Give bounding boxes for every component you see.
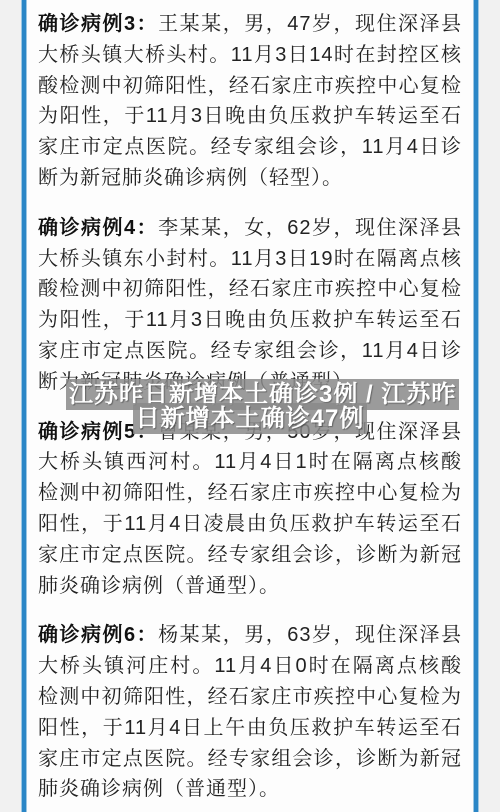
case-paragraph-3: 确诊病例3：王某某，男，47岁，现住深泽县大桥头镇大桥头村。11月3日14时在封…	[38, 9, 462, 194]
case-6-body: 杨某某，男，63岁，现住深泽县大桥头镇河庄村。11月4日0时在隔离点核酸检测中初…	[38, 624, 462, 800]
case-5-body: 曹某某，男，50岁，现住深泽县大桥头镇西河村。11月4日1时在隔离点核酸检测中初…	[38, 421, 462, 597]
case-4-body: 李某某，女，62岁，现住深泽县大桥头镇东小封村。11月3日19时在隔离点核酸检测…	[38, 217, 462, 393]
case-paragraph-5: 确诊病例5：曹某某，男，50岁，现住深泽县大桥头镇西河村。11月4日1时在隔离点…	[38, 417, 462, 602]
right-accent-bar	[474, 0, 478, 812]
article-content: 确诊病例3：王某某，男，47岁，现住深泽县大桥头镇大桥头村。11月3日14时在封…	[27, 0, 473, 812]
case-5-label: 确诊病例5：	[38, 421, 158, 443]
case-4-label: 确诊病例4：	[38, 217, 158, 239]
case-3-body: 王某某，男，47岁，现住深泽县大桥头镇大桥头村。11月3日14时在封控区核酸检测…	[38, 13, 462, 189]
case-3-label: 确诊病例3：	[38, 13, 158, 35]
left-accent-bar	[22, 0, 26, 812]
case-paragraph-4: 确诊病例4：李某某，女，62岁，现住深泽县大桥头镇东小封村。11月3日19时在隔…	[38, 213, 462, 398]
case-paragraph-6: 确诊病例6：杨某某，男，63岁，现住深泽县大桥头镇河庄村。11月4日0时在隔离点…	[38, 620, 462, 805]
case-6-label: 确诊病例6：	[38, 624, 158, 646]
